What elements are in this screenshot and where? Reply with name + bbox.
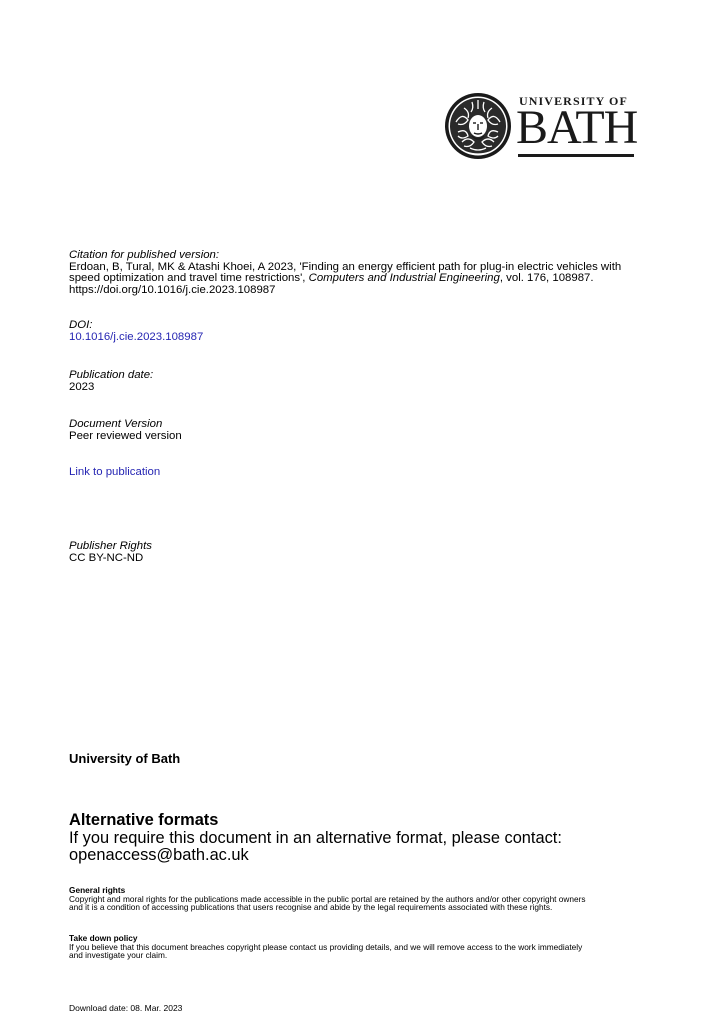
general-rights-section: General rights Copyright and moral right… <box>69 886 586 912</box>
logo-bath: BATH <box>516 107 637 149</box>
takedown-policy-section: Take down policy If you believe that thi… <box>69 934 582 960</box>
citation-line-2-prefix: speed optimization and travel time restr… <box>69 272 309 284</box>
publisher-rights-section: Publisher Rights CC BY-NC-ND <box>69 541 152 564</box>
citation-line-2-suffix: , vol. 176, 108987. <box>500 272 594 284</box>
publisher-rights-value: CC BY-NC-ND <box>69 553 152 565</box>
citation-label: Citation for published version: <box>69 250 621 262</box>
document-version-section: Document Version Peer reviewed version <box>69 419 182 442</box>
alternative-formats-text: If you require this document in an alter… <box>69 830 562 848</box>
alternative-formats-email: openaccess@bath.ac.uk <box>69 847 562 865</box>
takedown-policy-line-2: and investigate your claim. <box>69 951 582 960</box>
citation-section: Citation for published version: Erdoan, … <box>69 250 621 296</box>
university-seal-icon <box>444 92 512 160</box>
logo-underline <box>518 154 634 157</box>
publication-date-value: 2023 <box>69 382 153 394</box>
link-to-publication[interactable]: Link to publication <box>69 466 160 478</box>
general-rights-line-2: and it is a condition of accessing publi… <box>69 903 586 912</box>
document-version-label: Document Version <box>69 419 182 431</box>
download-date: Download date: 08. Mar. 2023 <box>69 1003 182 1013</box>
citation-journal: Computers and Industrial Engineering <box>309 272 500 284</box>
alternative-formats-section: Alternative formats If you require this … <box>69 812 562 865</box>
alternative-formats-title: Alternative formats <box>69 812 562 830</box>
link-to-publication-wrapper: Link to publication <box>69 467 160 479</box>
doi-section: DOI: 10.1016/j.cie.2023.108987 <box>69 320 203 343</box>
publication-date-label: Publication date: <box>69 370 153 382</box>
document-version-value: Peer reviewed version <box>69 431 182 443</box>
publisher-rights-label: Publisher Rights <box>69 541 152 553</box>
institution-name: University of Bath <box>69 752 180 766</box>
university-logo: UNIVERSITY OF BATH <box>444 92 636 162</box>
publication-date-section: Publication date: 2023 <box>69 370 153 393</box>
doi-link[interactable]: 10.1016/j.cie.2023.108987 <box>69 331 203 343</box>
citation-doi-url: https://doi.org/10.1016/j.cie.2023.10898… <box>69 285 621 297</box>
